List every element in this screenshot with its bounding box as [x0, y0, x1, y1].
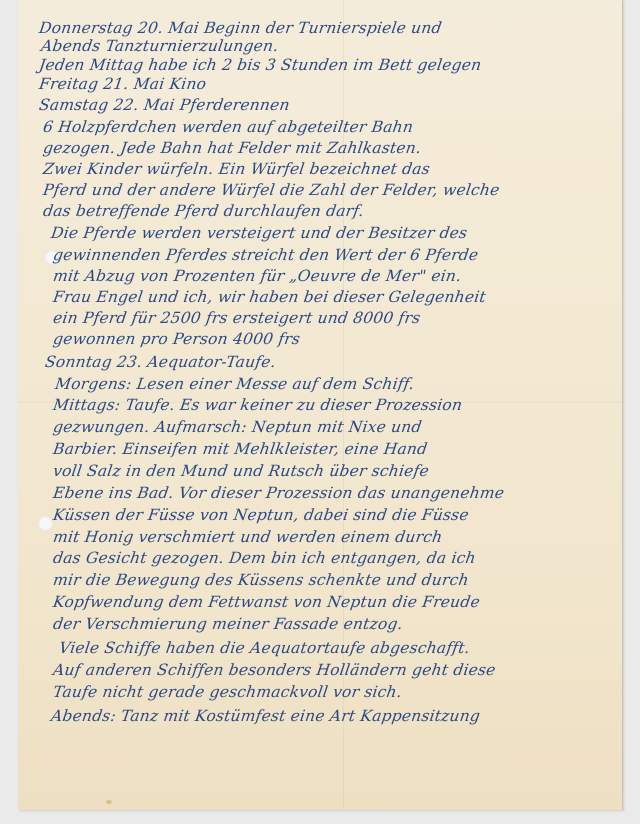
- handwritten-line: das Gesicht gezogen. Dem bin ich entgang…: [52, 551, 477, 567]
- handwritten-line: der Verschmierung meiner Fassade entzog.: [52, 617, 404, 633]
- handwritten-line: mit Abzug von Prozenten für „Oeuvre de M…: [52, 269, 462, 285]
- handwritten-line: Taufe nicht gerade geschmackvoll vor sic…: [52, 685, 403, 701]
- handwritten-line: gewinnenden Pferdes streicht den Wert de…: [52, 248, 479, 264]
- handwritten-line: das betreffende Pferd durchlaufen darf.: [42, 204, 365, 220]
- handwritten-line: gewonnen pro Person 4000 frs: [52, 332, 301, 348]
- handwritten-line: Samstag 22. Mai Pferderennen: [38, 98, 291, 114]
- handwritten-line: 6 Holzpferdchen werden auf abgeteilter B…: [42, 120, 414, 136]
- handwritten-line: gezwungen. Aufmarsch: Neptun mit Nixe un…: [52, 420, 423, 436]
- paper-sheet: Donnerstag 20. Mai Beginn der Turnierspi…: [18, 0, 623, 810]
- handwritten-line: Küssen der Füsse von Neptun, dabei sind …: [52, 508, 470, 524]
- handwritten-line: Abends Tanzturnierzulungen.: [40, 39, 279, 55]
- handwritten-line: Abends: Tanz mit Kostümfest eine Art Kap…: [50, 709, 481, 725]
- handwritten-line: ein Pferd für 2500 frs ersteigert und 80…: [52, 311, 421, 327]
- paper-stain: [106, 800, 112, 804]
- handwritten-line: Viele Schiffe haben die Aequatortaufe ab…: [58, 641, 471, 657]
- handwritten-line: Ebene ins Bad. Vor dieser Prozession das…: [52, 486, 505, 502]
- handwritten-line: voll Salz in den Mund und Rutsch über sc…: [52, 464, 430, 480]
- handwritten-line: mir die Bewegung des Küssens schenkte un…: [52, 573, 470, 589]
- handwritten-line: Zwei Kinder würfeln. Ein Würfel bezeichn…: [42, 162, 431, 178]
- handwritten-line: gezogen. Jede Bahn hat Felder mit Zahlka…: [42, 141, 422, 157]
- handwritten-line: Donnerstag 20. Mai Beginn der Turnierspi…: [38, 21, 443, 37]
- handwritten-line: Morgens: Lesen einer Messe auf dem Schif…: [54, 377, 415, 393]
- handwritten-line: Die Pferde werden versteigert und der Be…: [50, 226, 468, 242]
- handwritten-line: Jeden Mittag habe ich 2 bis 3 Stunden im…: [38, 58, 482, 74]
- handwritten-line: Sonntag 23. Aequator-Taufe.: [44, 355, 277, 371]
- handwritten-line: mit Honig verschmiert und werden einem d…: [52, 530, 443, 546]
- handwritten-line: Kopfwendung dem Fettwanst von Neptun die…: [52, 595, 481, 611]
- punch-hole-icon: [38, 516, 53, 531]
- handwritten-line: Pferd und der andere Würfel die Zahl der…: [42, 183, 501, 199]
- handwritten-line: Barbier. Einseifen mit Mehlkleister, ein…: [52, 442, 428, 458]
- handwritten-line: Auf anderen Schiffen besonders Holländer…: [52, 663, 497, 679]
- handwritten-line: Freitag 21. Mai Kino: [38, 77, 207, 93]
- handwritten-line: Mittags: Taufe. Es war keiner zu dieser …: [52, 398, 463, 414]
- scan-background: Donnerstag 20. Mai Beginn der Turnierspi…: [0, 0, 640, 824]
- handwritten-line: Frau Engel und ich, wir haben bei dieser…: [52, 290, 487, 306]
